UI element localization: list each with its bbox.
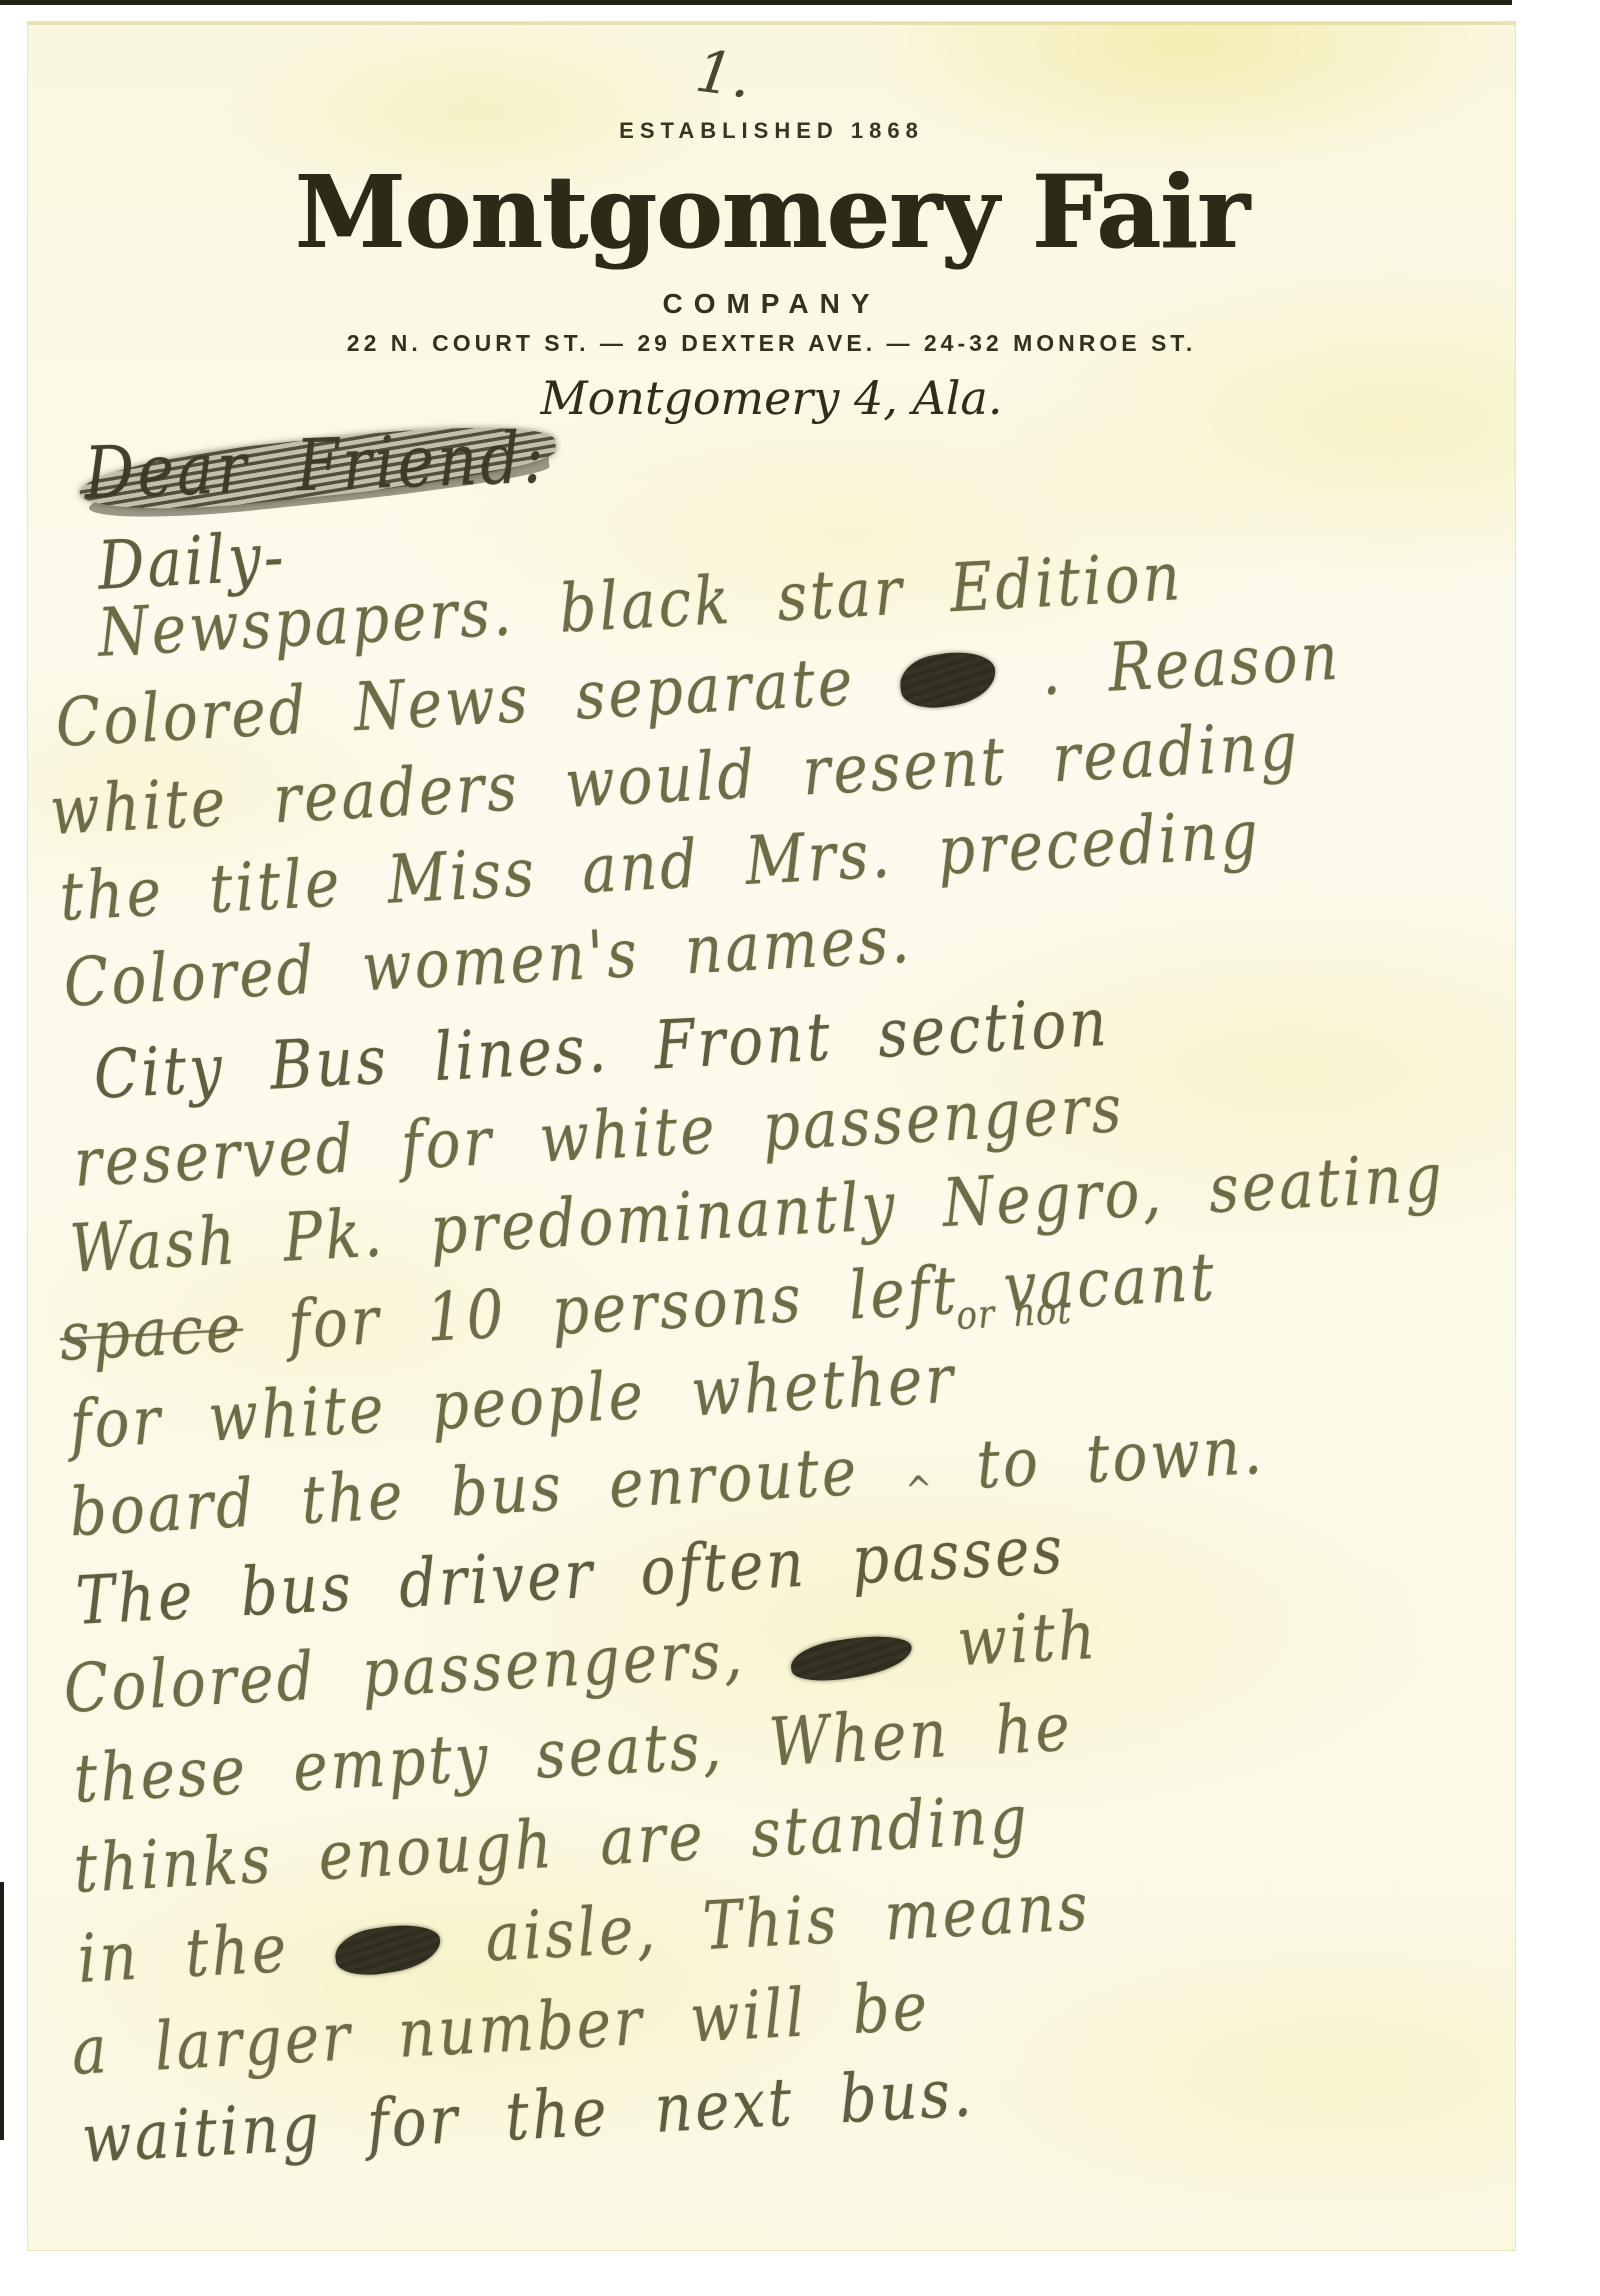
city-line: Montgomery 4, Ala. (28, 371, 1515, 425)
company-name: Montgomery Fair (28, 162, 1515, 262)
company-word: COMPANY (28, 288, 1515, 320)
scribbled-out-word (332, 1919, 443, 1981)
scanned-letter-page: { "colors": { "paper": "#fdfbf0", "stain… (0, 0, 1600, 2296)
scanner-edge-top (0, 0, 1512, 5)
scribbled-out-word (789, 1629, 915, 1686)
line-text: with (955, 1596, 1100, 1681)
line-text: space (58, 1288, 245, 1376)
scanner-edge-left (0, 1882, 4, 2140)
line-text: . Reason (1039, 617, 1342, 711)
line-text: in the (76, 1906, 337, 1998)
caret-insertion-mark: ^ (904, 1467, 933, 1512)
address-line: 22 N. COURT ST. — 29 DEXTER AVE. — 24-32… (28, 330, 1515, 357)
line-text: aisle, This means (484, 1867, 1093, 1977)
established-line: ESTABLISHED 1868 (28, 118, 1515, 144)
line-text: to town. (974, 1411, 1266, 1504)
letter-sheet: 1. ESTABLISHED 1868 Montgomery Fair COMP… (28, 22, 1515, 2250)
handwritten-salutation: Dear Friend: (83, 415, 548, 515)
inserted-correction: or not (955, 1287, 1073, 1339)
scribbled-out-word (898, 646, 1000, 713)
letterhead: ESTABLISHED 1868 Montgomery Fair COMPANY… (28, 22, 1515, 425)
